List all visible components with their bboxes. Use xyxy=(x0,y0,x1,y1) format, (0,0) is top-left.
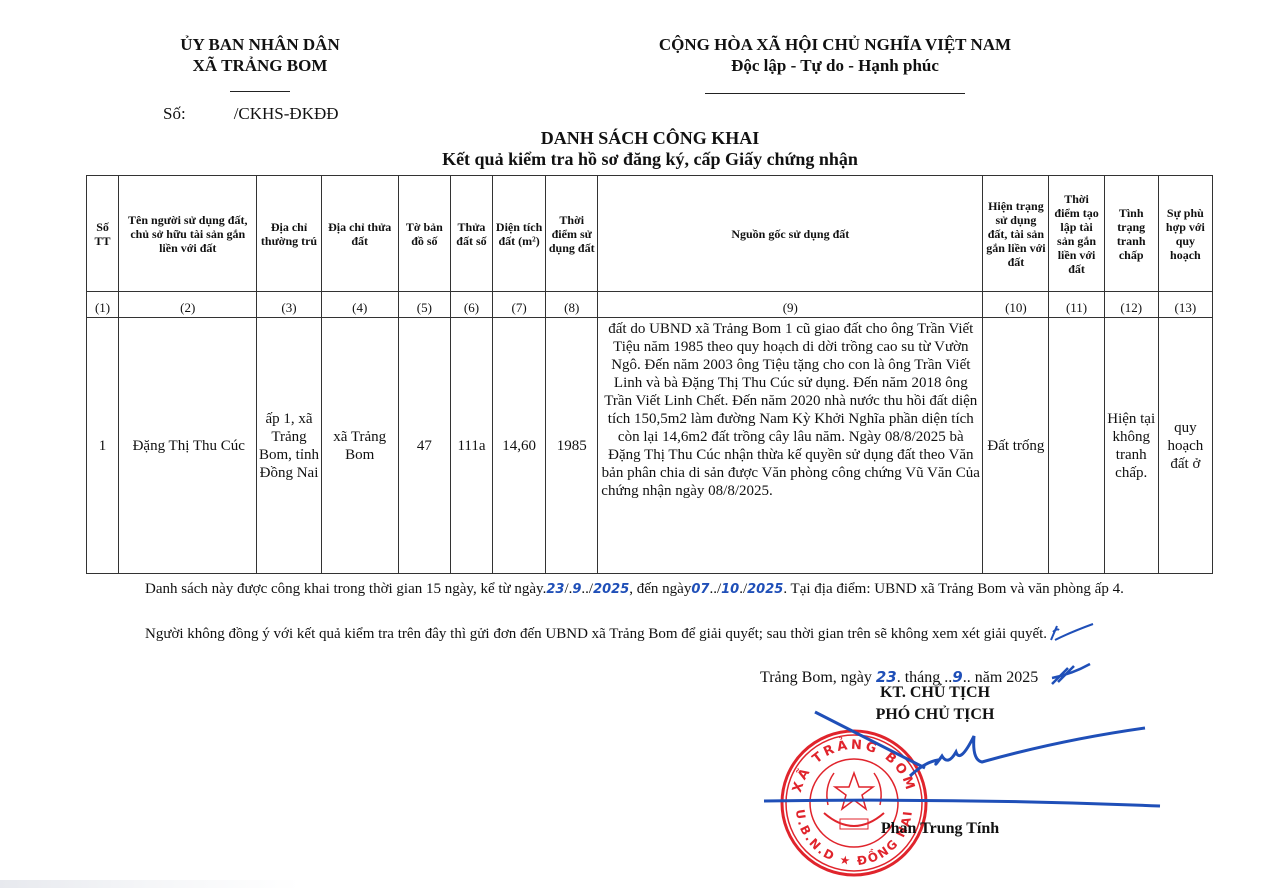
handwritten-to-year: 2025 xyxy=(747,582,783,597)
authority-underline xyxy=(230,91,290,92)
initial-mark-icon xyxy=(1047,622,1097,644)
title-sub: Kết quả kiểm tra hồ sơ đăng ký, cấp Giấy… xyxy=(380,149,920,170)
cell-dispute-status: Hiện tại không tranh chấp. xyxy=(1104,318,1158,574)
cell-asset-created xyxy=(1049,318,1104,574)
col-number: (12) xyxy=(1104,292,1158,318)
col-number: (2) xyxy=(119,292,257,318)
title-main: DANH SÁCH CÔNG KHAI xyxy=(380,128,920,149)
country-name: CỘNG HÒA XÃ HỘI CHỦ NGHĨA VIỆT NAM xyxy=(605,34,1065,55)
document-title: DANH SÁCH CÔNG KHAI Kết quả kiểm tra hồ … xyxy=(380,128,920,170)
authority-line-2: XÃ TRẢNG BOM xyxy=(150,55,370,76)
cell-name: Đặng Thị Thu Cúc xyxy=(119,318,257,574)
cell-stt: 1 xyxy=(87,318,119,574)
col-number: (10) xyxy=(983,292,1049,318)
handwritten-from-day: 23 xyxy=(546,582,564,597)
table-header-row: Số TT Tên người sử dụng đất, chủ sở hữu … xyxy=(87,176,1213,292)
col-number: (13) xyxy=(1158,292,1212,318)
col-header-parcel-address: Địa chỉ thửa đất xyxy=(321,176,398,292)
col-number: (1) xyxy=(87,292,119,318)
col-header-planning: Sự phù hợp với quy hoạch xyxy=(1158,176,1212,292)
scan-edge-shadow xyxy=(0,880,300,888)
public-list-table: Số TT Tên người sử dụng đất, chủ sở hữu … xyxy=(86,175,1213,574)
col-header-use-since: Thời điểm sử dụng đất xyxy=(546,176,598,292)
col-header-current-status: Hiện trạng sử dụng đất, tài sản gắn liền… xyxy=(983,176,1049,292)
col-number: (3) xyxy=(257,292,321,318)
issuing-authority: ỦY BAN NHÂN DÂN XÃ TRẢNG BOM xyxy=(150,34,370,76)
cell-use-since: 1985 xyxy=(546,318,598,574)
handwritten-from-year: 2025 xyxy=(593,582,629,597)
cell-area: 14,60 xyxy=(493,318,546,574)
objection-paragraph: Người không đồng ý với kết quả kiểm tra … xyxy=(88,622,1214,644)
document-number: Số:/CKHS-ĐKĐĐ xyxy=(163,104,339,124)
notice-text-b: , đến ngày xyxy=(629,581,691,597)
handwritten-from-month: 9 xyxy=(572,582,581,597)
col-number: (5) xyxy=(398,292,450,318)
col-header-parcel-no: Thửa đất số xyxy=(450,176,492,292)
col-header-origin: Nguồn gốc sử dụng đất xyxy=(598,176,983,292)
notice-period-paragraph: Danh sách này được công khai trong thời … xyxy=(88,580,1214,599)
col-number: (11) xyxy=(1049,292,1104,318)
initial-mark-icon xyxy=(1048,662,1094,688)
cell-origin: đất do UBND xã Trảng Bom 1 cũ giao đất c… xyxy=(598,318,983,574)
col-header-stt: Số TT xyxy=(87,176,119,292)
motto-underline xyxy=(705,93,965,94)
cell-planning-fit: quy hoạch đất ở xyxy=(1158,318,1212,574)
objection-text: Người không đồng ý với kết quả kiểm tra … xyxy=(145,626,1047,642)
cell-parcel-no: 111a xyxy=(450,318,492,574)
col-header-asset-created: Thời điểm tạo lập tài sản gắn liền với đ… xyxy=(1049,176,1104,292)
national-motto: CỘNG HÒA XÃ HỘI CHỦ NGHĨA VIỆT NAM Độc l… xyxy=(605,34,1065,76)
cell-map-sheet: 47 xyxy=(398,318,450,574)
col-number: (7) xyxy=(493,292,546,318)
signer-name: Phan Trung Tính xyxy=(860,820,1020,838)
cell-parcel-address: xã Trảng Bom xyxy=(321,318,398,574)
handwritten-to-month: 10 xyxy=(721,582,739,597)
col-header-map-sheet: Tờ bản đồ số xyxy=(398,176,450,292)
col-number: (9) xyxy=(598,292,983,318)
sign-place: Trảng Bom, ngày xyxy=(760,669,876,686)
table-row: 1 Đặng Thị Thu Cúc ấp 1, xã Trảng Bom, t… xyxy=(87,318,1213,574)
doc-number-suffix: /CKHS-ĐKĐĐ xyxy=(234,104,339,123)
notice-text-c: . Tại địa điểm: UBND xã Trảng Bom và văn… xyxy=(783,581,1124,597)
handwritten-signature-icon xyxy=(760,700,1180,820)
col-number: (4) xyxy=(321,292,398,318)
authority-line-1: ỦY BAN NHÂN DÂN xyxy=(150,34,370,55)
col-header-name: Tên người sử dụng đất, chủ sở hữu tài sả… xyxy=(119,176,257,292)
column-number-row: (1) (2) (3) (4) (5) (6) (7) (8) (9) (10)… xyxy=(87,292,1213,318)
handwritten-to-day: 07 xyxy=(691,582,709,597)
col-header-area: Diện tích đất (m²) xyxy=(493,176,546,292)
motto: Độc lập - Tự do - Hạnh phúc xyxy=(605,55,1065,76)
col-number: (8) xyxy=(546,292,598,318)
cell-permanent-address: ấp 1, xã Trảng Bom, tỉnh Đồng Nai xyxy=(257,318,321,574)
col-header-permanent-address: Địa chỉ thường trú xyxy=(257,176,321,292)
doc-number-label: Số: xyxy=(163,104,186,123)
notice-text-a: Danh sách này được công khai trong thời … xyxy=(145,581,546,597)
col-header-dispute: Tình trạng tranh chấp xyxy=(1104,176,1158,292)
cell-current-status: Đất trống xyxy=(983,318,1049,574)
col-number: (6) xyxy=(450,292,492,318)
